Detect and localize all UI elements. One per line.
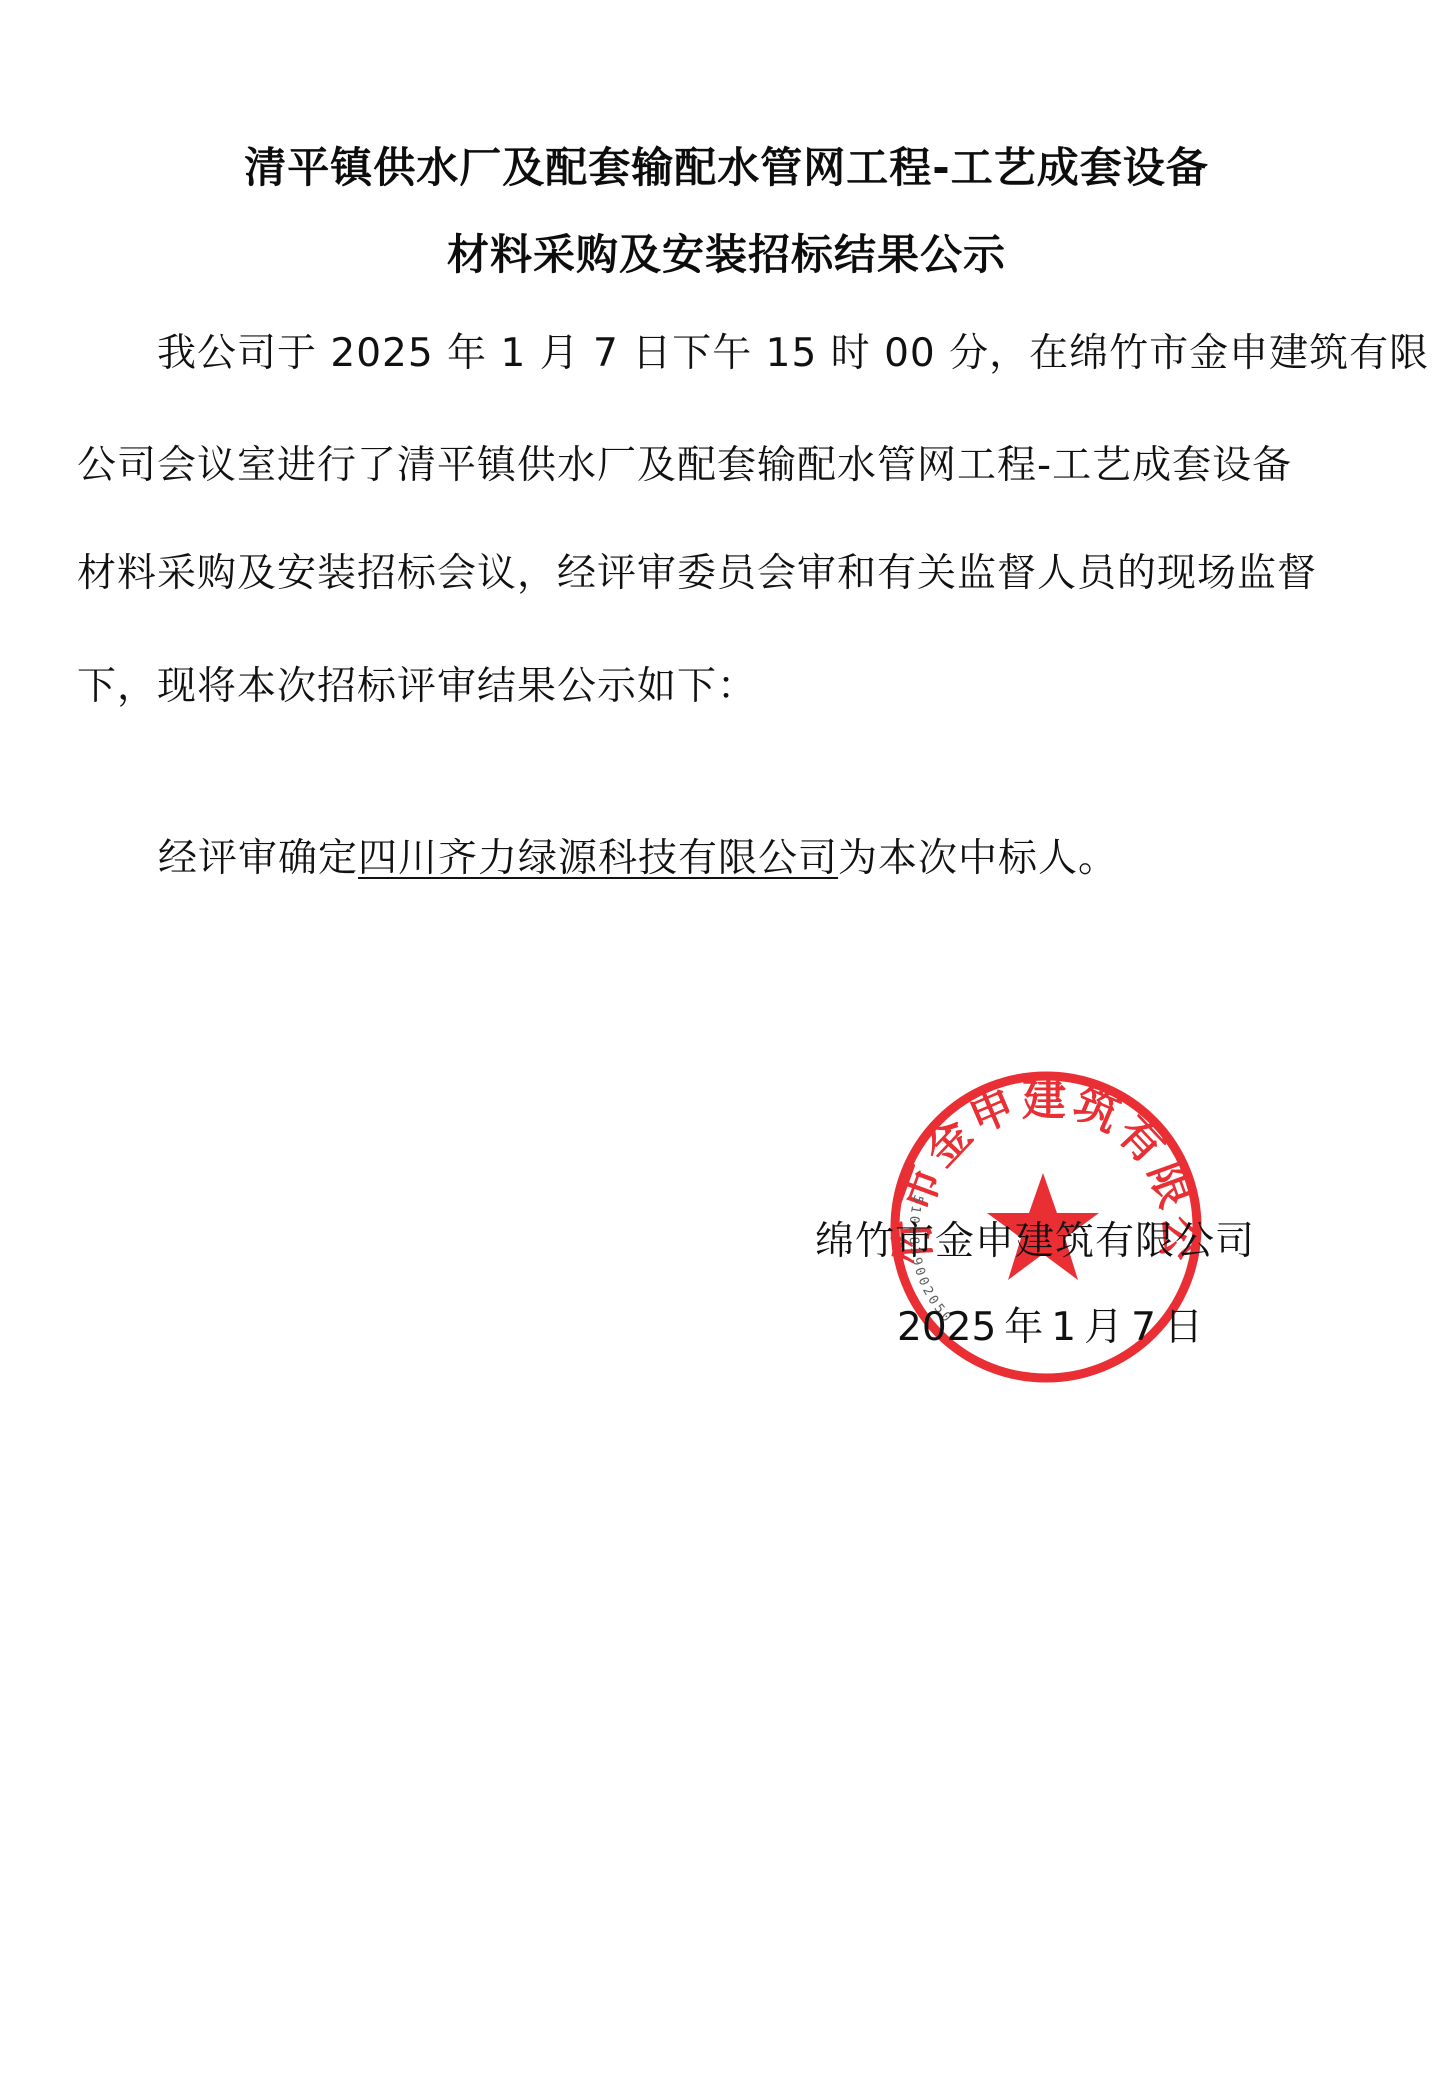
date-year-unit: 年 bbox=[1004, 1305, 1043, 1350]
date-day-unit: 日 bbox=[1164, 1305, 1203, 1350]
winner-statement: 经评审确定四川齐力绿源科技有限公司为本次中标人。 bbox=[158, 835, 1118, 883]
document-title-line-2: 材料采购及安装招标结果公示 bbox=[0, 230, 1453, 280]
signature-company: 绵竹市金申建筑有限公司 bbox=[815, 1218, 1255, 1266]
date-month-unit: 月 bbox=[1084, 1305, 1123, 1350]
body-paragraph-line-2: 公司会议室进行了清平镇供水厂及配套输配水管网工程-工艺成套设备 bbox=[77, 442, 1292, 490]
body-paragraph-line-3: 材料采购及安装招标会议，经评审委员会审和有关监督人员的现场监督 bbox=[77, 550, 1317, 598]
signature-date: 2025年1月7日 bbox=[897, 1304, 1211, 1352]
date-day: 7 bbox=[1131, 1305, 1156, 1350]
winning-company: 四川齐力绿源科技有限公司 bbox=[358, 836, 838, 881]
date-year: 2025 bbox=[897, 1305, 996, 1350]
date-month: 1 bbox=[1051, 1305, 1076, 1350]
document-title-line-1: 清平镇供水厂及配套输配水管网工程-工艺成套设备 bbox=[0, 143, 1453, 193]
body-paragraph-line-1: 我公司于 2025 年 1 月 7 日下午 15 时 00 分，在绵竹市金申建筑… bbox=[157, 330, 1429, 378]
winner-prefix: 经评审确定 bbox=[158, 836, 358, 881]
document-page: 清平镇供水厂及配套输配水管网工程-工艺成套设备 材料采购及安装招标结果公示 我公… bbox=[0, 0, 1453, 2093]
body-paragraph-line-4: 下，现将本次招标评审结果公示如下： bbox=[77, 663, 757, 711]
winner-suffix: 为本次中标人。 bbox=[838, 836, 1118, 881]
